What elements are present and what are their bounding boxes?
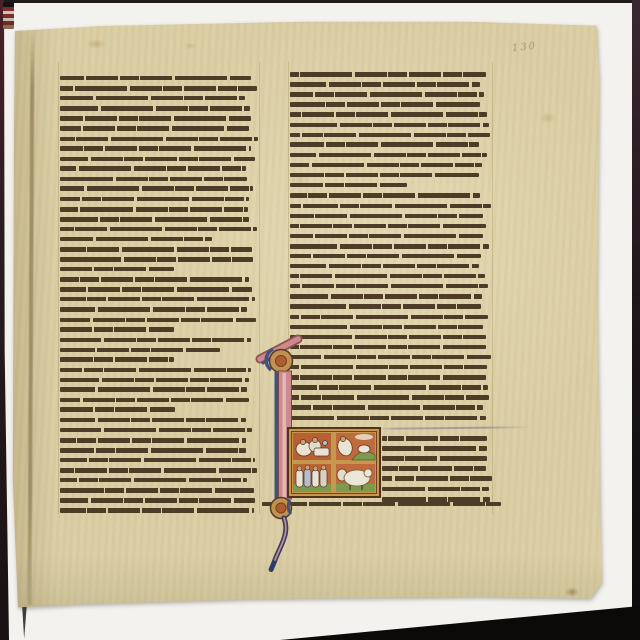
text-line [60,348,220,353]
manuscript-scan: 130 [0,0,640,640]
parchment-surface: 130 [0,0,640,640]
text-line [290,254,481,259]
text-line [60,267,174,272]
text-line [382,456,487,461]
text-line [60,357,174,362]
text-line [290,244,489,249]
parchment-page: 130 [0,0,640,640]
folio-number: 130 [511,41,537,55]
text-line [60,478,247,483]
text-line [60,448,246,453]
text-line [382,476,492,481]
text-line [60,237,212,242]
text-line [290,173,479,178]
text-line [60,177,247,182]
text-line [290,315,488,320]
initial-bottom-knot [271,498,292,519]
text-line [60,458,255,463]
text-line [60,217,249,222]
text-line [290,92,484,97]
text-line [290,234,483,239]
text-line [60,257,253,262]
text-line [60,387,247,392]
text-line [290,142,479,147]
text-line [382,497,490,502]
text-line [60,488,254,493]
text-line [382,436,487,441]
text-line [290,264,479,269]
text-line [60,327,174,332]
text-line [60,318,256,323]
binding-headband [3,2,14,29]
text-line [60,76,251,81]
gutter-crease [27,30,34,605]
text-line [60,378,249,383]
text-line [60,438,246,443]
text-line [60,137,258,142]
text-line [382,487,489,492]
text-line [290,112,487,117]
text-line [290,102,480,107]
text-line [60,277,249,282]
text-line [290,72,486,77]
illuminated-initial [250,332,390,580]
text-line [60,338,251,343]
text-line [290,304,481,309]
text-line [60,247,252,252]
text-line [60,407,175,412]
ruling-line [58,62,59,514]
text-line [60,106,250,111]
text-line [60,227,257,232]
initial-tail [271,518,286,569]
text-line [290,163,482,168]
text-line [290,183,407,188]
text-line [290,284,488,289]
text-line [290,204,491,209]
miniature-scene-top-left [293,433,331,460]
text-line [60,126,249,131]
text-line [60,468,257,473]
text-line [60,207,248,212]
text-line [60,146,251,151]
text-line [60,166,246,171]
text-line [60,508,254,513]
text-line [60,368,251,373]
miniature-panel [288,428,380,497]
ruling-line [492,62,493,514]
text-line [290,224,486,229]
text-line [60,428,252,433]
text-line [290,82,480,87]
text-line [60,116,251,121]
text-line [290,294,482,299]
text-line [60,297,255,302]
text-line [60,287,252,292]
text-line [290,214,483,219]
text-line [60,398,249,403]
initial-top-knot [266,349,292,373]
text-line [290,274,485,279]
miniature-scene-top-right [336,433,375,460]
text-line [382,446,487,451]
text-line [290,133,490,138]
text-line [382,466,486,471]
text-line [60,498,255,503]
text-line [290,193,480,198]
text-line [60,197,249,202]
text-line [290,325,483,330]
miniature-scene-bottom-right [336,464,375,492]
text-column-left [60,76,258,524]
text-line [60,307,247,312]
text-line [60,157,255,162]
text-line [60,86,257,91]
text-line [290,123,489,128]
miniature-scene-bottom-left [293,464,331,492]
text-line [60,186,253,191]
text-line [60,96,245,101]
text-line [290,153,487,158]
text-line [60,418,246,423]
